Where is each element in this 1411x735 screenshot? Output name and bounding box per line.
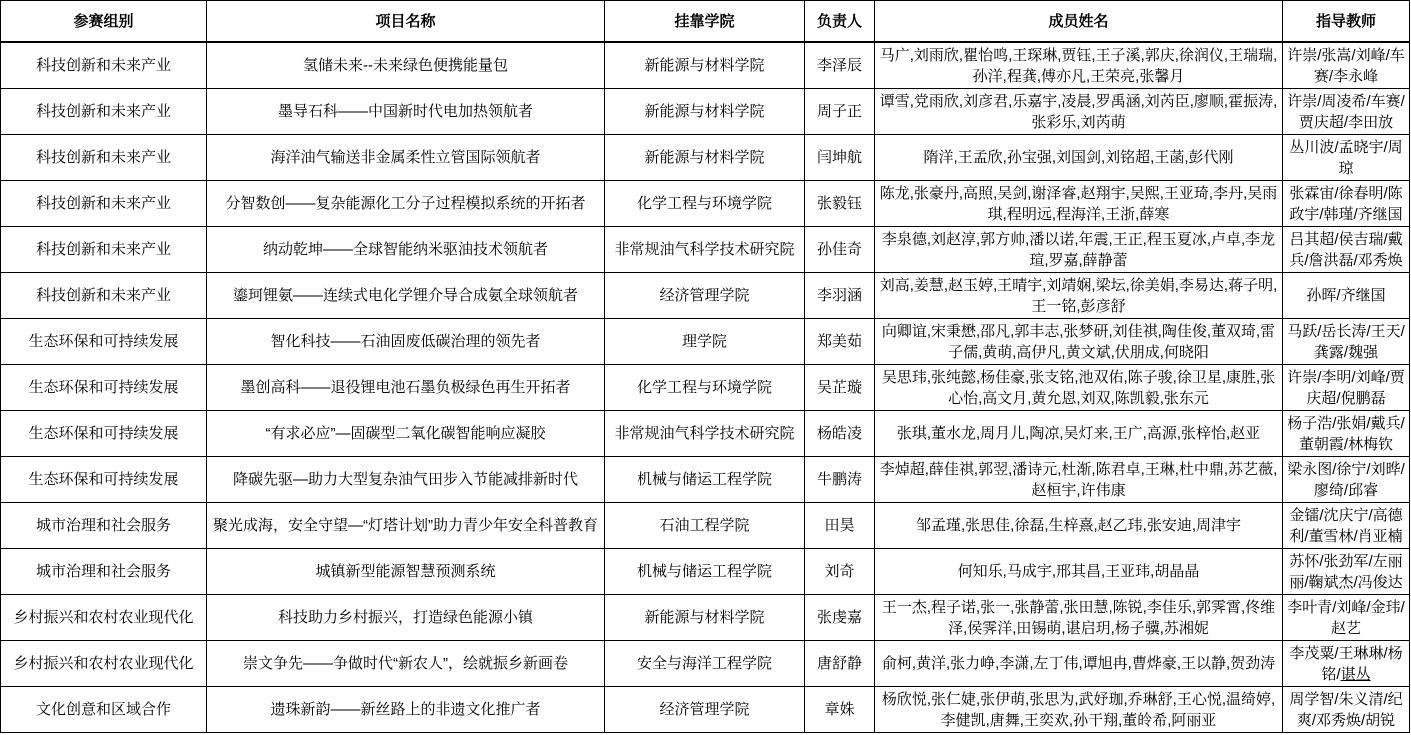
- cell-category: 乡村振兴和农村农业现代化: [1, 641, 207, 687]
- cell-members: 杨欣悦,张仁婕,张伊萌,张思为,武妤珈,乔琳舒,王心悦,温绮婷,李健凯,唐舞,王…: [875, 687, 1283, 733]
- table-row: 科技创新和未来产业氢储未来--未来绿色便携能量包新能源与材料学院李泽辰马广,刘雨…: [1, 42, 1410, 89]
- cell-college: 新能源与材料学院: [605, 135, 805, 181]
- cell-college: 非常规油气科学技术研究院: [605, 411, 805, 457]
- cell-college: 化学工程与环境学院: [605, 181, 805, 227]
- cell-project: 崇文争先——争做时代“新农人”，绘就振乡新画卷: [207, 641, 605, 687]
- cell-teachers: 马跃/岳长涛/王天/龚露/魏强: [1283, 319, 1410, 365]
- cell-leader: 章姝: [805, 687, 875, 733]
- cell-members: 谭雪,党雨欣,刘彦君,乐嘉宇,凌晨,罗禹涵,刘芮臣,廖顺,霍振涛,张彩乐,刘芮萌: [875, 89, 1283, 135]
- cell-members: 张琪,董水龙,周月儿,陶凉,吴灯来,王广,高源,张梓怡,赵亚: [875, 411, 1283, 457]
- header-members: 成员姓名: [875, 1, 1283, 43]
- cell-members: 王一杰,程子诺,张一,张静蕾,张田慧,陈锐,李佳乐,郭霁霄,佟维泽,侯霁洋,田锡…: [875, 595, 1283, 641]
- table-row: 生态环保和可持续发展“有求必应”—固碳型二氧化碳智能响应凝胶非常规油气科学技术研…: [1, 411, 1410, 457]
- table-row: 城市治理和社会服务城镇新型能源智慧预测系统机械与储运工程学院刘奇何知乐,马成宇,…: [1, 549, 1410, 595]
- cell-category: 生态环保和可持续发展: [1, 319, 207, 365]
- cell-project: 鎏珂锂氨——连续式电化学锂介导合成氨全球领航者: [207, 273, 605, 319]
- cell-project: 降碳先驱—助力大型复杂油气田步入节能减排新时代: [207, 457, 605, 503]
- cell-category: 生态环保和可持续发展: [1, 411, 207, 457]
- cell-members: 马广,刘雨欣,瞿怡鸣,王琛琳,贾钰,王子溪,郭庆,徐润仪,王瑞瑞,孙洋,程龚,傅…: [875, 42, 1283, 89]
- cell-leader: 田昊: [805, 503, 875, 549]
- cell-category: 文化创意和区域合作: [1, 687, 207, 733]
- cell-project: 纳动乾坤——全球智能纳米驱油技术领航者: [207, 227, 605, 273]
- table-row: 科技创新和未来产业分智数创——复杂能源化工分子过程模拟系统的开拓者化学工程与环境…: [1, 181, 1410, 227]
- cell-leader: 李泽辰: [805, 42, 875, 89]
- cell-college: 化学工程与环境学院: [605, 365, 805, 411]
- cell-teachers: 梁永图/徐宁/刘晔/廖绮/邱睿: [1283, 457, 1410, 503]
- header-teachers: 指导教师: [1283, 1, 1410, 43]
- table-row: 文化创意和区域合作遗珠新韵——新丝路上的非遗文化推广者经济管理学院章姝杨欣悦,张…: [1, 687, 1410, 733]
- cell-college: 经济管理学院: [605, 273, 805, 319]
- table-row: 乡村振兴和农村农业现代化科技助力乡村振兴，打造绿色能源小镇新能源与材料学院张虔嘉…: [1, 595, 1410, 641]
- cell-leader: 闫坤航: [805, 135, 875, 181]
- cell-members: 俞柯,黄洋,张力峥,李潇,左丁伟,谭旭冉,曹烨豪,王以静,贺劲涛: [875, 641, 1283, 687]
- header-college: 挂靠学院: [605, 1, 805, 43]
- table-row: 城市治理和社会服务聚光成海，安全守望—“灯塔计划”助力青少年安全科普教育石油工程…: [1, 503, 1410, 549]
- table-row: 科技创新和未来产业鎏珂锂氨——连续式电化学锂介导合成氨全球领航者经济管理学院李羽…: [1, 273, 1410, 319]
- table-row: 生态环保和可持续发展降碳先驱—助力大型复杂油气田步入节能减排新时代机械与储运工程…: [1, 457, 1410, 503]
- table-row: 科技创新和未来产业纳动乾坤——全球智能纳米驱油技术领航者非常规油气科学技术研究院…: [1, 227, 1410, 273]
- table-header: 参赛组别 项目名称 挂靠学院 负责人 成员姓名 指导教师: [1, 1, 1410, 43]
- cell-members: 李焯超,薛佳祺,郭翌,潘诗元,杜渐,陈君卓,王琳,杜中鼎,苏艺薇,赵桓宇,许伟康: [875, 457, 1283, 503]
- cell-members: 向卿谊,宋秉懋,邵凡,郭丰志,张梦研,刘佳祺,陶佳俊,董双琦,雷子儒,黄萌,高伊…: [875, 319, 1283, 365]
- cell-teachers: 许崇/张嵩/刘峰/车赛/李永峰: [1283, 42, 1410, 89]
- table-row: 生态环保和可持续发展智化科技——石油固废低碳治理的领先者理学院郑美茹向卿谊,宋秉…: [1, 319, 1410, 365]
- cell-category: 科技创新和未来产业: [1, 273, 207, 319]
- cell-category: 科技创新和未来产业: [1, 181, 207, 227]
- header-leader: 负责人: [805, 1, 875, 43]
- cell-category: 生态环保和可持续发展: [1, 457, 207, 503]
- cell-project: 城镇新型能源智慧预测系统: [207, 549, 605, 595]
- cell-leader: 牛鹏涛: [805, 457, 875, 503]
- competition-roster-table: 参赛组别 项目名称 挂靠学院 负责人 成员姓名 指导教师 科技创新和未来产业氢储…: [0, 0, 1410, 733]
- cell-teachers: 许崇/李明/刘峰/贾庆超/倪鹏磊: [1283, 365, 1410, 411]
- cell-teachers: 许崇/周凌希/车赛/贾庆超/李田放: [1283, 89, 1410, 135]
- cell-teachers: 孙晖/齐继国: [1283, 273, 1410, 319]
- cell-leader: 吴芷璇: [805, 365, 875, 411]
- cell-project: 科技助力乡村振兴，打造绿色能源小镇: [207, 595, 605, 641]
- cell-members: 邹孟瑾,张思佳,徐磊,生梓熹,赵乙玮,张安迪,周津宇: [875, 503, 1283, 549]
- cell-project: 海洋油气输送非金属柔性立管国际领航者: [207, 135, 605, 181]
- cell-teachers: 李叶青/刘峰/金玮/赵艺: [1283, 595, 1410, 641]
- cell-leader: 孙佳奇: [805, 227, 875, 273]
- cell-college: 非常规油气科学技术研究院: [605, 227, 805, 273]
- cell-leader: 刘奇: [805, 549, 875, 595]
- cell-teachers: 丛川波/孟晓宇/周琼: [1283, 135, 1410, 181]
- cell-teachers: 张霖宙/徐春明/陈政宇/韩瑾/齐继国: [1283, 181, 1410, 227]
- cell-leader: 李羽涵: [805, 273, 875, 319]
- cell-project: 分智数创——复杂能源化工分子过程模拟系统的开拓者: [207, 181, 605, 227]
- cell-teachers: 周学智/朱义清/纪爽/邓秀焕/胡锐: [1283, 687, 1410, 733]
- cell-members: 陈龙,张豪丹,高照,吴剑,谢泽睿,赵翔宇,吴熙,王亚琦,李丹,吴雨琪,程明远,程…: [875, 181, 1283, 227]
- cell-category: 科技创新和未来产业: [1, 227, 207, 273]
- cell-category: 科技创新和未来产业: [1, 42, 207, 89]
- table-body: 科技创新和未来产业氢储未来--未来绿色便携能量包新能源与材料学院李泽辰马广,刘雨…: [1, 42, 1410, 733]
- cell-college: 经济管理学院: [605, 687, 805, 733]
- cell-college: 新能源与材料学院: [605, 42, 805, 89]
- cell-college: 机械与储运工程学院: [605, 549, 805, 595]
- cell-project: “有求必应”—固碳型二氧化碳智能响应凝胶: [207, 411, 605, 457]
- table-row: 科技创新和未来产业海洋油气输送非金属柔性立管国际领航者新能源与材料学院闫坤航隋洋…: [1, 135, 1410, 181]
- cell-project: 遗珠新韵——新丝路上的非遗文化推广者: [207, 687, 605, 733]
- underlined-teacher-name: 谌丛: [1341, 666, 1371, 683]
- cell-category: 城市治理和社会服务: [1, 503, 207, 549]
- header-row: 参赛组别 项目名称 挂靠学院 负责人 成员姓名 指导教师: [1, 1, 1410, 43]
- header-project-name: 项目名称: [207, 1, 605, 43]
- cell-project: 墨创高科——退役锂电池石墨负极绿色再生开拓者: [207, 365, 605, 411]
- cell-college: 新能源与材料学院: [605, 89, 805, 135]
- table-row: 生态环保和可持续发展墨创高科——退役锂电池石墨负极绿色再生开拓者化学工程与环境学…: [1, 365, 1410, 411]
- cell-teachers: 苏怀/张劲军/左丽丽/鞠斌杰/冯俊达: [1283, 549, 1410, 595]
- cell-college: 新能源与材料学院: [605, 595, 805, 641]
- cell-college: 理学院: [605, 319, 805, 365]
- table-row: 科技创新和未来产业墨导石科——中国新时代电加热领航者新能源与材料学院周子正谭雪,…: [1, 89, 1410, 135]
- cell-leader: 郑美茹: [805, 319, 875, 365]
- cell-teachers: 杨子浩/张娟/戴兵/董朝霞/林梅钦: [1283, 411, 1410, 457]
- header-category: 参赛组别: [1, 1, 207, 43]
- cell-teachers: 吕其超/侯吉瑞/戴兵/詹洪磊/邓秀焕: [1283, 227, 1410, 273]
- cell-college: 机械与储运工程学院: [605, 457, 805, 503]
- cell-leader: 周子正: [805, 89, 875, 135]
- competition-roster-page: 参赛组别 项目名称 挂靠学院 负责人 成员姓名 指导教师 科技创新和未来产业氢储…: [0, 0, 1411, 735]
- cell-college: 石油工程学院: [605, 503, 805, 549]
- cell-teachers: 金镭/沈庆宁/高德利/董雪林/肖亚楠: [1283, 503, 1410, 549]
- cell-leader: 杨皓凌: [805, 411, 875, 457]
- cell-teachers: 李茂粟/王琳琳/杨铭/谌丛: [1283, 641, 1410, 687]
- cell-project: 氢储未来--未来绿色便携能量包: [207, 42, 605, 89]
- cell-category: 生态环保和可持续发展: [1, 365, 207, 411]
- cell-leader: 张毅钰: [805, 181, 875, 227]
- table-row: 乡村振兴和农村农业现代化崇文争先——争做时代“新农人”，绘就振乡新画卷安全与海洋…: [1, 641, 1410, 687]
- cell-members: 隋洋,王孟欣,孙宝强,刘国剑,刘铭超,王菡,彭代刚: [875, 135, 1283, 181]
- cell-project: 墨导石科——中国新时代电加热领航者: [207, 89, 605, 135]
- cell-category: 乡村振兴和农村农业现代化: [1, 595, 207, 641]
- cell-members: 吴思玮,张纯懿,杨佳豪,张支铭,池双佑,陈子骏,徐卫星,康胜,张心怡,高文月,黄…: [875, 365, 1283, 411]
- cell-leader: 唐舒静: [805, 641, 875, 687]
- cell-category: 科技创新和未来产业: [1, 135, 207, 181]
- cell-category: 科技创新和未来产业: [1, 89, 207, 135]
- cell-project: 智化科技——石油固废低碳治理的领先者: [207, 319, 605, 365]
- cell-college: 安全与海洋工程学院: [605, 641, 805, 687]
- cell-project: 聚光成海，安全守望—“灯塔计划”助力青少年安全科普教育: [207, 503, 605, 549]
- cell-leader: 张虔嘉: [805, 595, 875, 641]
- cell-members: 李泉德,刘赵淳,郭方帅,潘以诺,年震,王正,程玉夏冰,卢卓,李龙瑄,罗嘉,薛静蕾: [875, 227, 1283, 273]
- cell-category: 城市治理和社会服务: [1, 549, 207, 595]
- cell-members: 刘高,姜慧,赵玉婷,王晴宇,刘靖娴,梁坛,徐美娟,李易达,蒋子明,王一铭,彭彦舒: [875, 273, 1283, 319]
- cell-members: 何知乐,马成宇,邢其昌,王亚玮,胡晶晶: [875, 549, 1283, 595]
